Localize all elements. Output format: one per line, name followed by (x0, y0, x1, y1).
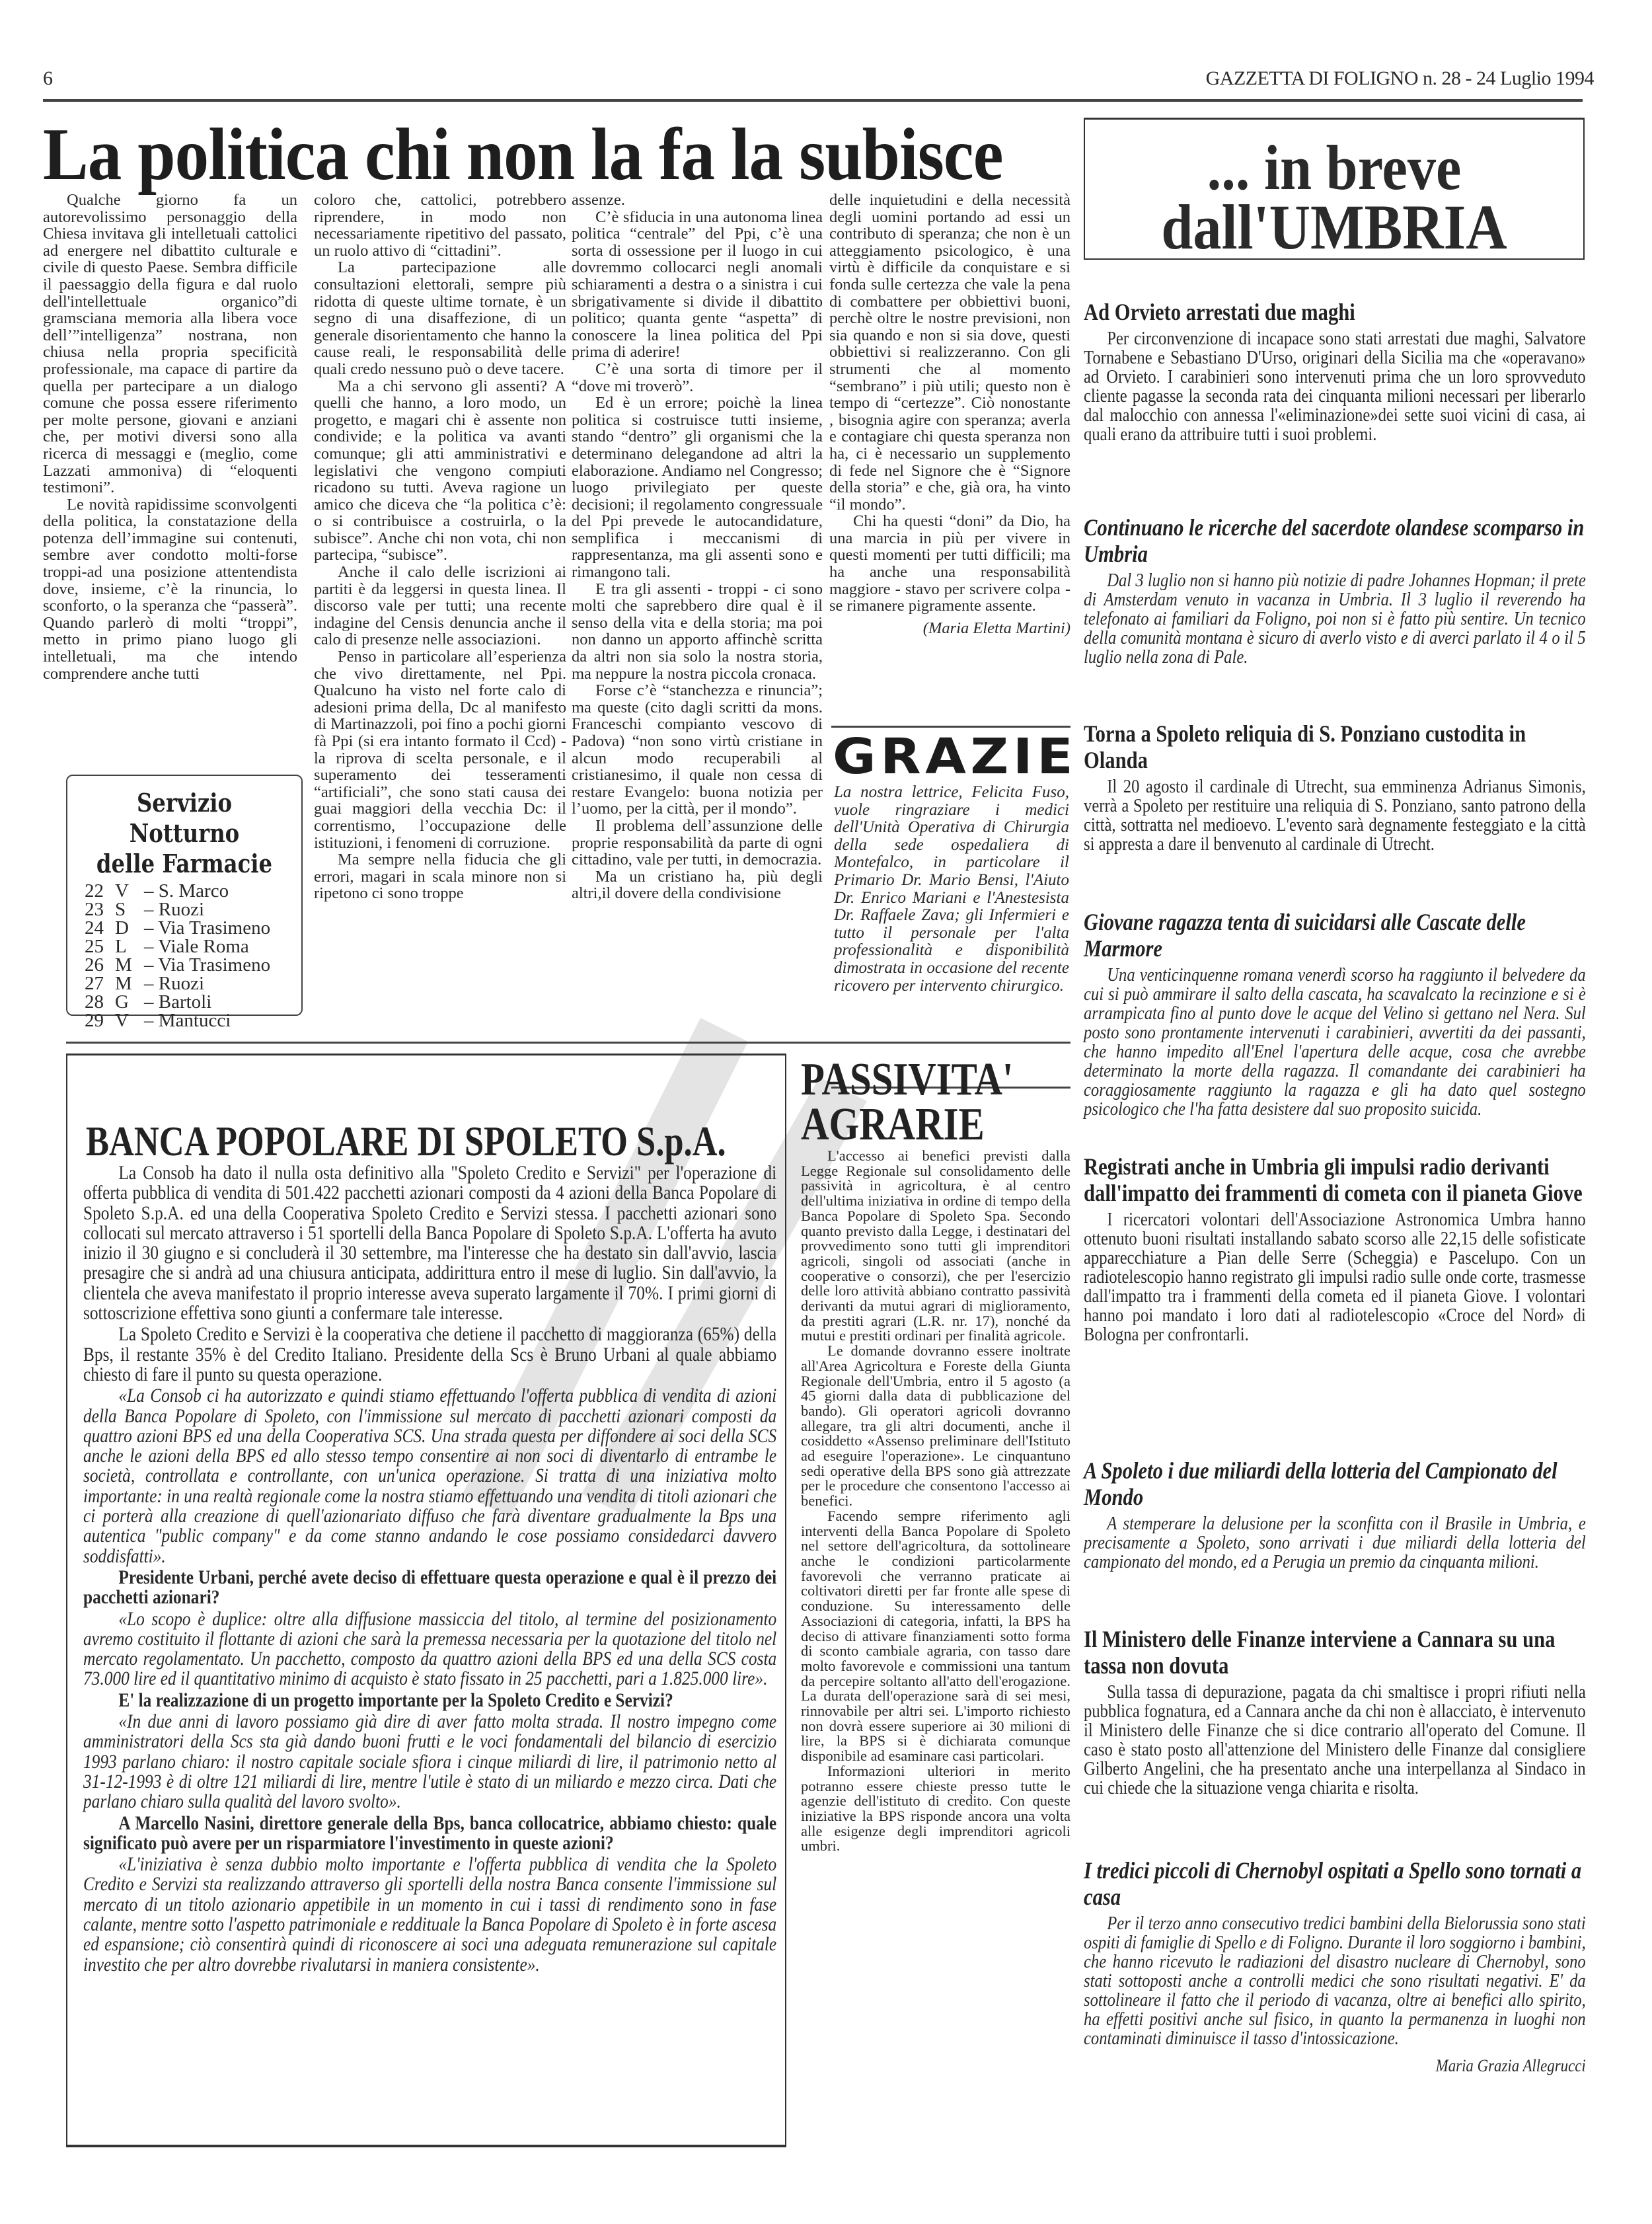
bank-article-body: La Consob ha dato il nulla osta definiti… (83, 1163, 776, 1976)
umbria-header-line2: dall'UMBRIA (1110, 198, 1559, 257)
brief-body: Il 20 agosto il cardinale di Utrecht, su… (1084, 777, 1586, 854)
divider (831, 726, 1070, 728)
pharmacy-name: – Via Trasimeno (144, 956, 270, 974)
day: 29 (85, 1011, 115, 1030)
paragraph: Informazioni ulteriori in merito potrann… (801, 1764, 1070, 1854)
pharmacy-row: 23S– Ruozi (85, 900, 301, 919)
weekday: D (115, 919, 144, 937)
day: 23 (85, 900, 115, 919)
paragraph: Penso in particolare all’esperienza che … (314, 648, 566, 851)
weekday: V (115, 1011, 144, 1030)
brief-lotteria: A Spoleto i due miliardi della lotteria … (1084, 1457, 1586, 1572)
paragraph: Ma un cristiano ha, più degli altri,il d… (572, 868, 823, 902)
weekday: L (115, 937, 144, 956)
brief-title: Registrati anche in Umbria gli impulsi r… (1084, 1153, 1587, 1206)
weekday: G (115, 993, 144, 1011)
author-signature: Maria Grazia Allegrucci (1084, 2056, 1586, 2075)
pharmacy-night-service-box: Servizio Notturno delle Farmacie 22V– S.… (66, 775, 303, 1016)
pharmacy-schedule: 22V– S. Marco 23S– Ruozi 24D– Via Trasim… (85, 882, 301, 1030)
paragraph: Forse c’è “stanchezza e rinuncia”; ma qu… (572, 682, 823, 818)
weekday: M (115, 974, 144, 993)
paragraph: coloro che, cattolici, potrebbero ripren… (314, 192, 566, 259)
umbria-header-line1: ... in breve (1110, 138, 1559, 198)
bank-article-title: BANCA POPOLARE DI SPOLETO S.p.A. (86, 1117, 726, 1166)
pharmacy-row: 25L– Viale Roma (85, 937, 301, 956)
paragraph: Il problema dell’assunzione delle propri… (572, 818, 823, 868)
brief-cannara: Il Ministero delle Finanze interviene a … (1084, 1626, 1586, 1798)
passivita-body: L'accesso ai benefici previsti dalla Leg… (801, 1149, 1070, 1854)
paragraph: Le novità rapidissime sconvolgenti della… (43, 496, 297, 683)
page-number: 6 (43, 67, 53, 90)
pharmacy-row: 28G– Bartoli (85, 993, 301, 1011)
interview-answer: «Lo scopo è duplice: oltre alla diffusio… (83, 1609, 776, 1689)
brief-body: Per circonvenzione di incapace sono stat… (1084, 329, 1586, 444)
grazie-body: La nostra lettrice, Felicita Fuso, vuole… (834, 784, 1069, 995)
brief-title: Continuano le ricerche del sacerdote ola… (1084, 514, 1587, 567)
main-article-col2: coloro che, cattolici, potrebbero ripren… (314, 192, 566, 902)
pharmacy-row: 22V– S. Marco (85, 882, 301, 900)
brief-ponziano: Torna a Spoleto reliquia di S. Ponziano … (1084, 720, 1586, 854)
brief-body: Sulla tassa di depurazione, pagata da ch… (1084, 1683, 1586, 1798)
interview-answer: «La Consob ci ha autorizzato e quindi st… (83, 1386, 776, 1566)
interview-question: A Marcello Nasini, direttore generale de… (83, 1814, 776, 1854)
umbria-section-header-box: ... in breve dall'UMBRIA (1084, 118, 1585, 260)
masthead: GAZZETTA DI FOLIGNO n. 28 - 24 Luglio 19… (1206, 67, 1594, 90)
weekday: M (115, 956, 144, 974)
pharmacy-name: – Via Trasimeno (144, 919, 270, 937)
pharmacy-row: 29V– Mantucci (85, 1011, 301, 1030)
paragraph: La partecipazione alle consultazioni ele… (314, 259, 566, 377)
author-signature: (Maria Eletta Martini) (829, 620, 1070, 637)
brief-giove: Registrati anche in Umbria gli impulsi r… (1084, 1153, 1586, 1344)
main-article-col1: Qualche giorno fa un autorevolissimo per… (43, 192, 297, 682)
paragraph: La Consob ha dato il nulla osta definiti… (83, 1163, 776, 1323)
brief-title: Torna a Spoleto reliquia di S. Ponziano … (1084, 720, 1587, 773)
pharmacy-title-line1: Servizio Notturno (85, 788, 284, 849)
day: 24 (85, 919, 115, 937)
interview-answer: «In due anni di lavoro possiamo già dire… (83, 1712, 776, 1812)
paragraph: Chi ha questi “doni” da Dio, ha una marc… (829, 513, 1070, 615)
brief-title: Il Ministero delle Finanze interviene a … (1084, 1626, 1587, 1679)
brief-orvieto: Ad Orvieto arrestati due maghi Per circo… (1084, 299, 1586, 444)
divider (66, 1042, 1070, 1044)
paragraph: C’è sfiducia in una autonoma linea polit… (572, 209, 823, 361)
pharmacy-name: – Viale Roma (144, 937, 249, 956)
paragraph: Ma a chi servono gli assenti? A quelli c… (314, 378, 566, 564)
pharmacy-row: 24D– Via Trasimeno (85, 919, 301, 937)
passivita-title-line1: PASSIVITA' (801, 1057, 1013, 1102)
brief-marmore: Giovane ragazza tenta di suicidarsi alle… (1084, 909, 1586, 1119)
paragraph: assenze. (572, 192, 823, 209)
main-article-col4: delle inquietudini e della necessità deg… (829, 192, 1070, 636)
interview-answer: «L'iniziativa è senza dubbio molto impor… (83, 1855, 776, 1975)
brief-title: Ad Orvieto arrestati due maghi (1084, 299, 1587, 325)
paragraph: L'accesso ai benefici previsti dalla Leg… (801, 1149, 1070, 1344)
day: 28 (85, 993, 115, 1011)
brief-title: A Spoleto i due miliardi della lotteria … (1084, 1457, 1587, 1510)
day: 27 (85, 974, 115, 993)
paragraph: Ed è un errore; poichè la linea politica… (572, 395, 823, 581)
paragraph: La Spoleto Credito e Servizi è la cooper… (83, 1324, 776, 1385)
brief-title: Giovane ragazza tenta di suicidarsi alle… (1084, 909, 1587, 962)
day: 25 (85, 937, 115, 956)
brief-chernobyl: I tredici piccoli di Chernobyl ospitati … (1084, 1857, 1586, 2075)
pharmacy-title-line2: delle Farmacie (85, 849, 284, 879)
paragraph: Facendo sempre riferimento agli interven… (801, 1509, 1070, 1764)
pharmacy-name: – Ruozi (144, 900, 204, 919)
paragraph: Le domande dovranno essere inoltrate all… (801, 1344, 1070, 1509)
main-article-col3: assenze. C’è sfiducia in una autonoma li… (572, 192, 823, 902)
brief-body: Dal 3 luglio non si hanno più notizie di… (1084, 571, 1586, 667)
interview-question: E' la realizzazione di un progetto impor… (83, 1691, 776, 1710)
pharmacy-row: 27M– Ruozi (85, 974, 301, 993)
pharmacy-name: – Ruozi (144, 974, 204, 993)
paragraph: E tra gli assenti - troppi - ci sono mol… (572, 581, 823, 683)
pharmacy-row: 26M– Via Trasimeno (85, 956, 301, 974)
brief-sacerdote: Continuano le ricerche del sacerdote ola… (1084, 514, 1586, 667)
paragraph: Anche il calo delle iscrizioni ai partit… (314, 564, 566, 648)
paragraph: Ma sempre nella fiducia che gli errori, … (314, 851, 566, 902)
paragraph: delle inquietudini e della necessità deg… (829, 192, 1070, 513)
brief-body: I ricercatori volontari dell'Associazion… (1084, 1210, 1586, 1344)
paragraph: C’è una sorta di timore per il “dove mi … (572, 361, 823, 395)
pharmacy-name: – S. Marco (144, 882, 229, 900)
pharmacy-name: – Bartoli (144, 993, 211, 1011)
brief-body: Una venticinquenne romana venerdì scorso… (1084, 966, 1586, 1119)
interview-question: Presidente Urbani, perché avete deciso d… (83, 1568, 776, 1608)
paragraph: Qualche giorno fa un autorevolissimo per… (43, 192, 297, 496)
pharmacy-name: – Mantucci (144, 1011, 231, 1030)
grazie-title: GRAZIE (833, 732, 1077, 781)
brief-title: I tredici piccoli di Chernobyl ospitati … (1084, 1857, 1587, 1910)
main-article-title: La politica chi non la fa la subisce (43, 118, 1003, 192)
passivita-title-line2: AGRARIE (801, 1102, 1013, 1147)
day: 26 (85, 956, 115, 974)
weekday: V (115, 882, 144, 900)
header-rule (43, 99, 1583, 102)
brief-body: A stemperare la delusione per la sconfit… (1084, 1514, 1586, 1572)
day: 22 (85, 882, 115, 900)
brief-body: Per il terzo anno consecutivo tredici ba… (1084, 1914, 1586, 2048)
passivita-title: PASSIVITA' AGRARIE (801, 1057, 1013, 1147)
weekday: S (115, 900, 144, 919)
